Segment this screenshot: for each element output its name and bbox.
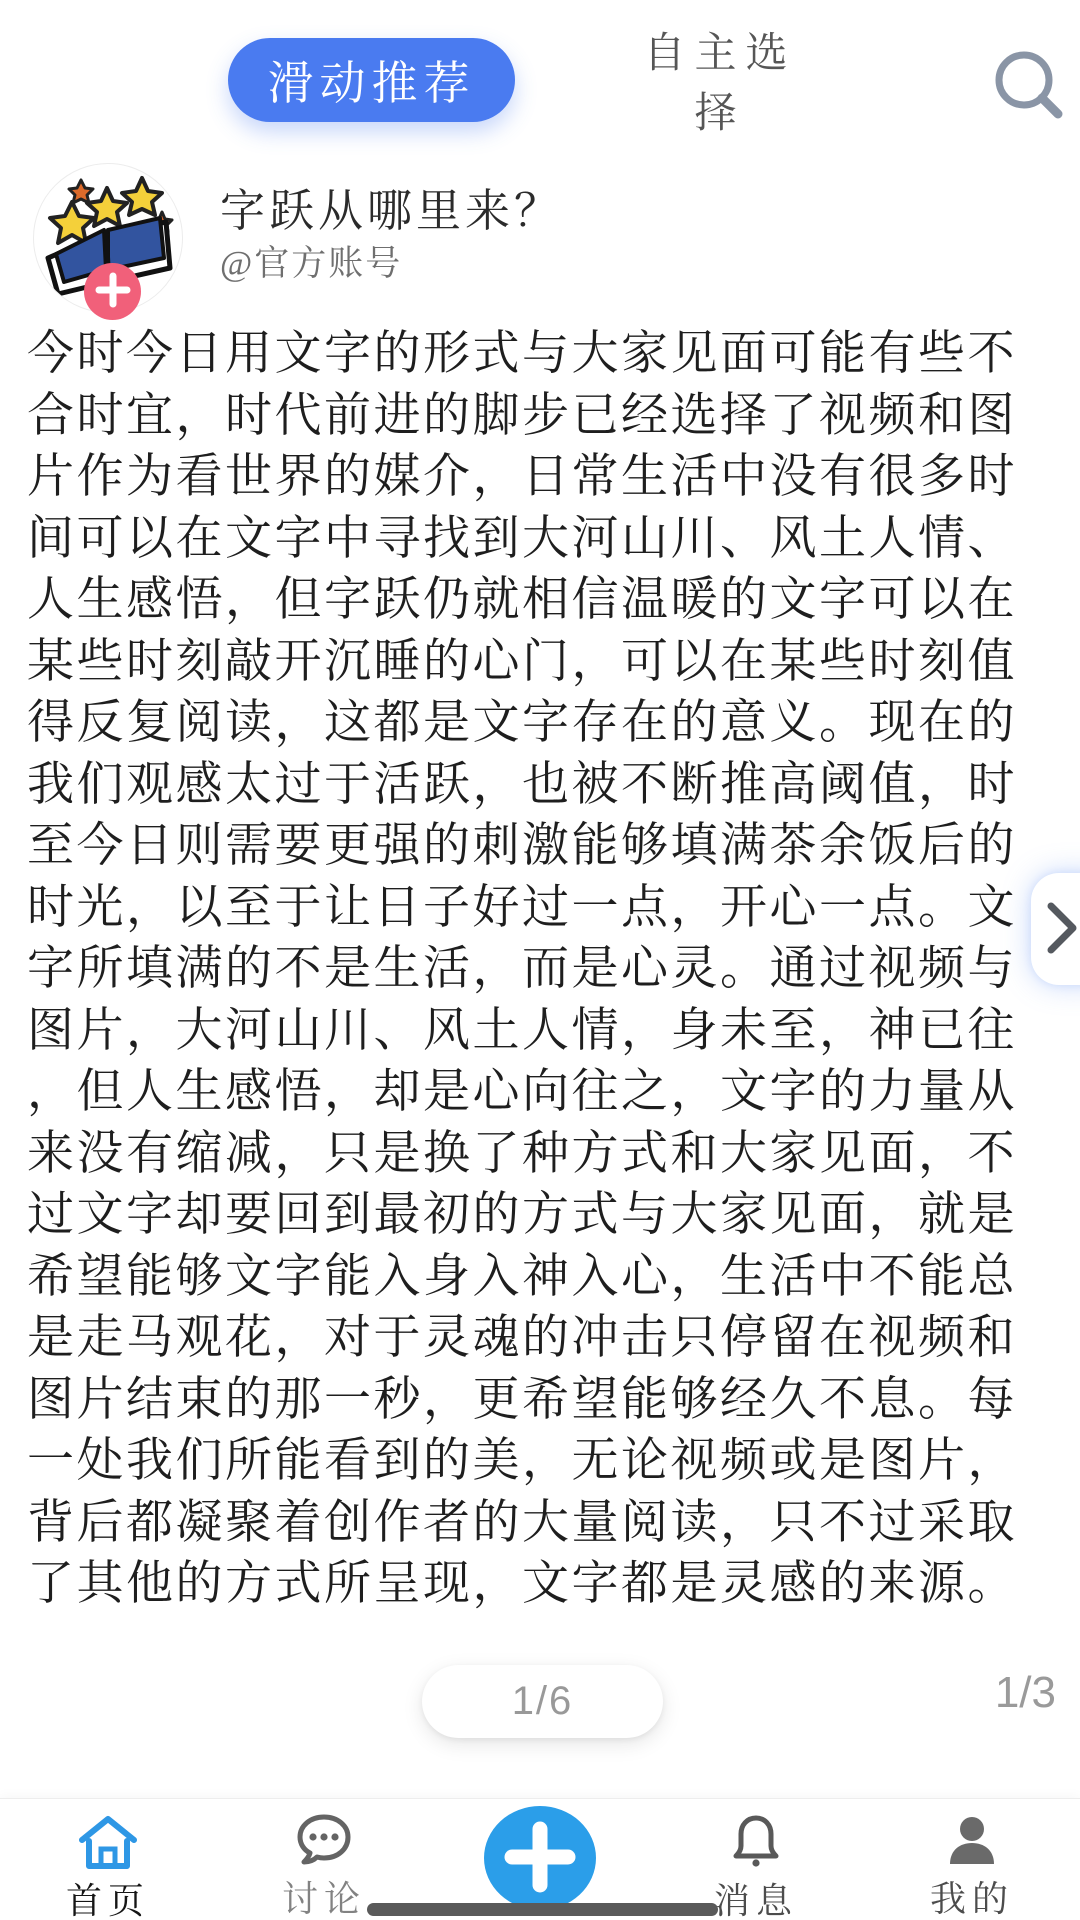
tab-swipe-recommend-label: 滑动推荐 [268, 47, 476, 113]
user-icon [943, 1812, 1001, 1870]
tab-self-select[interactable]: 自主选择 [620, 38, 820, 122]
chevron-right-icon [1045, 900, 1079, 959]
compose-plus-button[interactable] [484, 1806, 596, 1910]
home-indicator-bar [367, 1903, 718, 1916]
nav-item-messages[interactable]: 消息 [648, 1799, 864, 1920]
nav-item-home[interactable]: 首页 [0, 1799, 216, 1920]
section-page-counter: 1/3 [990, 1668, 1056, 1718]
app-screen: 滑动推荐 自主选择 [0, 0, 1080, 1920]
nav-item-discuss[interactable]: 讨论 [216, 1799, 432, 1920]
next-page-handle[interactable] [1031, 873, 1080, 985]
nav-item-mine[interactable]: 我的 [864, 1799, 1080, 1920]
search-button[interactable] [988, 44, 1066, 122]
follow-plus-badge[interactable] [84, 263, 141, 320]
chat-bubble-icon [293, 1812, 355, 1870]
post-title: 字跃从哪里来？ [220, 174, 563, 239]
author-handle: @官方账号 [220, 236, 402, 286]
post-body-text: 今时今日用文字的形式与大家见面可能有些不 合时宜，时代前进的脚步已经选择了视频和… [27, 324, 1057, 1616]
plus-icon [93, 270, 133, 313]
plus-icon [504, 1821, 576, 1896]
search-icon [988, 110, 1066, 125]
nav-label-mine: 我的 [930, 1871, 1014, 1920]
nav-label-discuss: 讨论 [282, 1871, 366, 1920]
bell-icon [726, 1812, 786, 1872]
page-indicator-text: 1/6 [512, 1679, 574, 1724]
home-icon [76, 1812, 140, 1872]
page-indicator-pill: 1/6 [422, 1665, 663, 1738]
nav-label-messages: 消息 [714, 1873, 798, 1920]
tab-swipe-recommend[interactable]: 滑动推荐 [228, 38, 515, 122]
tab-self-select-label: 自主选择 [620, 20, 820, 140]
nav-label-home: 首页 [66, 1873, 150, 1920]
